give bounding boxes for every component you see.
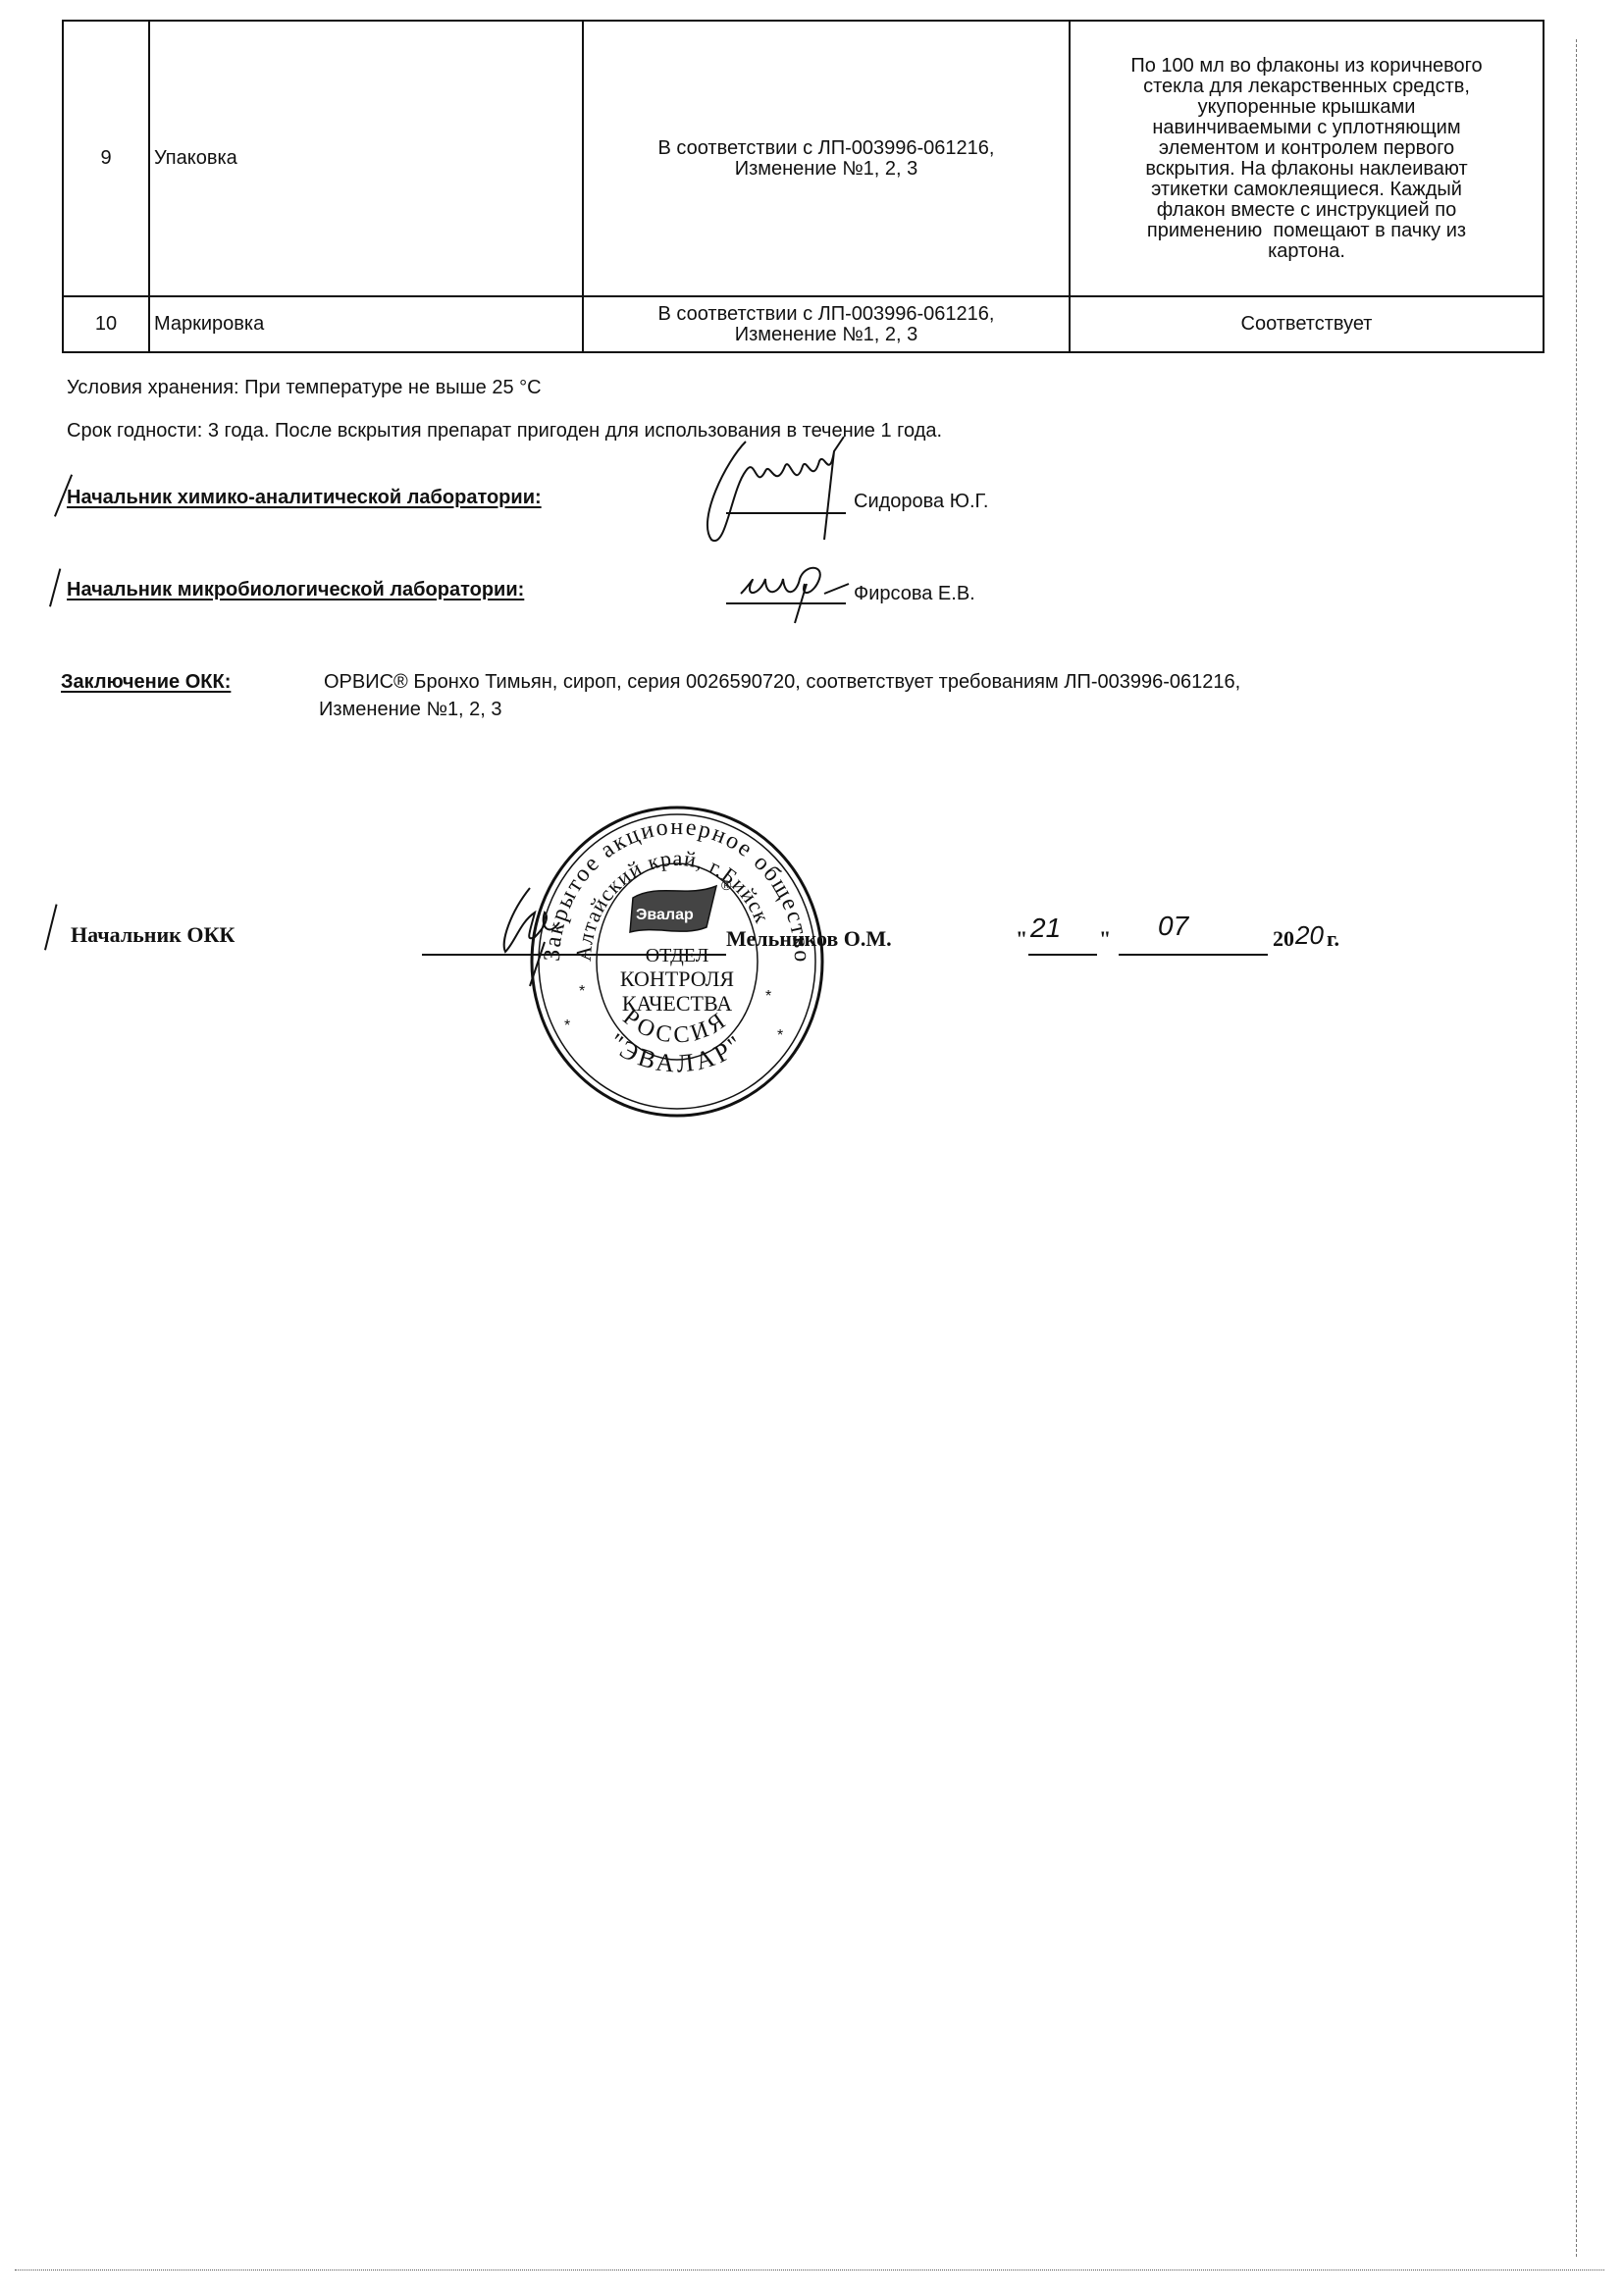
date-month-line bbox=[1119, 954, 1268, 956]
row-name: Упаковка bbox=[149, 21, 583, 296]
date-day: 21 bbox=[1030, 913, 1061, 944]
result-line: этикетки самоклеящиеся. Каждый bbox=[1074, 180, 1539, 200]
requirement-line: Изменение №1, 2, 3 bbox=[588, 159, 1065, 180]
row-requirement: В соответствии с ЛП-003996-061216, Измен… bbox=[583, 21, 1070, 296]
result-line: вскрытия. На флаконы наклеивают bbox=[1074, 159, 1539, 180]
signature-icon bbox=[687, 432, 873, 549]
date-month: 07 bbox=[1158, 911, 1188, 942]
row-requirement: В соответствии с ЛП-003996-061216, Измен… bbox=[583, 296, 1070, 352]
spec-table: 9 Упаковка В соответствии с ЛП-003996-06… bbox=[62, 20, 1544, 353]
micro-lab-title: Начальник микробиологической лаборатории… bbox=[67, 579, 524, 601]
result-line: элементом и контролем первого bbox=[1074, 138, 1539, 159]
svg-text:®: ® bbox=[721, 877, 732, 893]
pen-mark-icon bbox=[49, 568, 61, 606]
requirement-line: Изменение №1, 2, 3 bbox=[588, 325, 1065, 345]
svg-text:*: * bbox=[777, 1027, 783, 1044]
row-number: 9 bbox=[63, 21, 149, 296]
date-year-prefix: 20 bbox=[1273, 926, 1294, 952]
result-line: картона. bbox=[1074, 241, 1539, 262]
row-number: 10 bbox=[63, 296, 149, 352]
date-year-hand: 20 bbox=[1295, 920, 1324, 951]
micro-lab-name: Фирсова Е.В. bbox=[854, 583, 975, 605]
row-result: Соответствует bbox=[1070, 296, 1544, 352]
date-open-quote: " bbox=[1016, 926, 1027, 952]
svg-text:*: * bbox=[579, 983, 585, 1000]
result-line: укупоренные крышками bbox=[1074, 97, 1539, 118]
result-line: навинчиваемыми с уплотняющим bbox=[1074, 118, 1539, 138]
date-day-line bbox=[1028, 954, 1097, 956]
signature-icon bbox=[726, 554, 854, 628]
svg-text:*: * bbox=[564, 1018, 570, 1034]
stamp-center-line: ОТДЕЛ bbox=[646, 945, 709, 966]
scan-edge bbox=[1576, 39, 1577, 2257]
storage-conditions: Условия хранения: При температуре не выш… bbox=[67, 377, 542, 399]
result-line: применению помещают в пачку из bbox=[1074, 221, 1539, 241]
pen-mark-icon bbox=[44, 904, 58, 950]
requirement-line: В соответствии с ЛП-003996-061216, bbox=[588, 138, 1065, 159]
row-result: По 100 мл во флаконы из коричневого стек… bbox=[1070, 21, 1544, 296]
company-stamp: Закрытое акционерное общество Алтайский … bbox=[520, 800, 834, 1123]
scan-edge bbox=[15, 2270, 1604, 2270]
signature-line bbox=[726, 512, 846, 514]
date-close-quote: " bbox=[1099, 926, 1111, 952]
okk-head-title: Начальник ОКК bbox=[71, 922, 235, 948]
row-name: Маркировка bbox=[149, 296, 583, 352]
result-line: Соответствует bbox=[1074, 314, 1539, 335]
result-line: По 100 мл во флаконы из коричневого bbox=[1074, 56, 1539, 77]
date-suffix: г. bbox=[1327, 926, 1339, 952]
stamp-logo-text: Эвалар bbox=[636, 907, 694, 923]
requirement-line: В соответствии с ЛП-003996-061216, bbox=[588, 304, 1065, 325]
signature-line bbox=[726, 602, 846, 604]
table-row: 10 Маркировка В соответствии с ЛП-003996… bbox=[63, 296, 1544, 352]
result-line: стекла для лекарственных средств, bbox=[1074, 77, 1539, 97]
conclusion-label: Заключение ОКК: bbox=[61, 671, 231, 694]
conclusion-text: ОРВИС® Бронхо Тимьян, сироп, серия 00265… bbox=[324, 671, 1240, 694]
conclusion-text-cont: Изменение №1, 2, 3 bbox=[319, 699, 502, 721]
stamp-center-line: КОНТРОЛЯ bbox=[620, 966, 735, 991]
chem-lab-title: Начальник химико-аналитической лаборатор… bbox=[67, 487, 542, 509]
chem-lab-name: Сидорова Ю.Г. bbox=[854, 491, 988, 513]
table-row: 9 Упаковка В соответствии с ЛП-003996-06… bbox=[63, 21, 1544, 296]
result-line: флакон вместе с инструкцией по bbox=[1074, 200, 1539, 221]
svg-text:*: * bbox=[765, 988, 771, 1005]
